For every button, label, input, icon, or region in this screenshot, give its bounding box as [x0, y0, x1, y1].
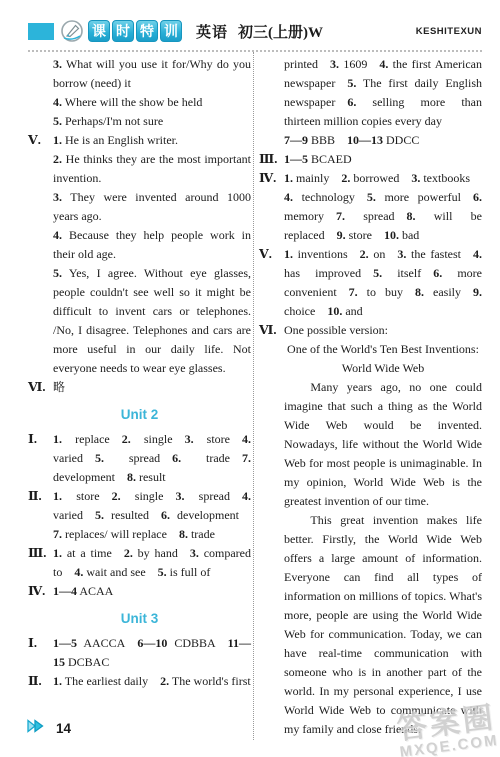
answer-block: 5. Perhaps/I'm not sure: [28, 112, 251, 131]
section-roman-label: [28, 188, 53, 226]
answer-text: 1—5 BCAED: [284, 150, 482, 169]
answer-block: Ⅲ.1—5 BCAED: [259, 150, 482, 169]
section-roman-label: [28, 112, 53, 131]
unit-heading: Unit 2: [28, 405, 251, 424]
answer-block: printed 3. 1609 4. the first American ne…: [259, 55, 482, 131]
answer-block: 5. Yes, I agree. Without eye glasses, pe…: [28, 264, 251, 378]
answer-text: 7—9 BBB 10—13 DDCC: [284, 131, 482, 150]
answer-text: 4. Because they help people work in thei…: [53, 226, 251, 264]
section-roman-label: [28, 226, 53, 264]
answer-text: 1. replace 2. single 3. store 4. varied …: [53, 430, 251, 487]
answer-block: Many years ago, no one could imagine tha…: [259, 378, 482, 511]
answer-text: 1. He is an English writer.: [53, 131, 251, 150]
section-roman-label: Ⅴ.: [259, 245, 284, 321]
page-arrow-icon: [26, 719, 46, 738]
unit-heading: Unit 3: [28, 609, 251, 628]
section-roman-label: [28, 93, 53, 112]
answer-text: 1. store 2. single 3. spread 4. varied 5…: [53, 487, 251, 544]
answer-block: Ⅲ.1. at a time 2. by hand 3. compared to…: [28, 544, 251, 582]
answer-text: 1. at a time 2. by hand 3. compared to 4…: [53, 544, 251, 582]
section-roman-label: Ⅲ.: [28, 544, 53, 582]
answer-block: Ⅳ.1—4 ACAA: [28, 582, 251, 601]
page-number: 14: [56, 721, 71, 736]
answer-block: Ⅵ.略: [28, 378, 251, 397]
brand-char: 训: [160, 20, 182, 42]
section-roman-label: Ⅲ.: [259, 150, 284, 169]
answer-text: 1. mainly 2. borrowed 3. textbooks 4. te…: [284, 169, 482, 245]
logo-pen-icon: [60, 19, 84, 43]
header-accent-square: [28, 23, 54, 40]
section-roman-label: [28, 55, 53, 93]
page-header: 课 时 特 训 英语 初三(上册)W KESHITEXUN: [28, 16, 482, 52]
answer-block: Ⅱ.1. store 2. single 3. spread 4. varied…: [28, 487, 251, 544]
answer-block: Ⅴ.1. inventions 2. on 3. the fastest 4. …: [259, 245, 482, 321]
answer-block: One of the World's Ten Best Inventions:: [259, 340, 482, 359]
answer-block: Ⅳ.1. mainly 2. borrowed 3. textbooks 4. …: [259, 169, 482, 245]
answer-block: Ⅱ.1. The earliest daily 2. The world's f…: [28, 672, 251, 691]
page-footer: 14: [26, 719, 71, 738]
answer-block: 4. Because they help people work in thei…: [28, 226, 251, 264]
brand-romanized: KESHITEXUN: [416, 26, 482, 37]
answer-block: Ⅰ.1. replace 2. single 3. store 4. varie…: [28, 430, 251, 487]
brand-char: 课: [88, 20, 110, 42]
answer-text: 3. They were invented around 1000 years …: [53, 188, 251, 226]
answer-block: 3. They were invented around 1000 years …: [28, 188, 251, 226]
answer-text: 5. Perhaps/I'm not sure: [53, 112, 251, 131]
answer-block: 3. What will you use it for/Why do you b…: [28, 55, 251, 93]
answer-text: 1—4 ACAA: [53, 582, 251, 601]
answer-text: 1—5 AACCA 6—10 CDBBA 11—15 DCBAC: [53, 634, 251, 672]
answer-text: 1. The earliest daily 2. The world's fir…: [53, 672, 251, 691]
column-divider: [253, 52, 254, 740]
section-roman-label: [259, 55, 284, 131]
watermark: 答案圈 MXQE.COM: [394, 692, 500, 757]
answer-text: printed 3. 1609 4. the first American ne…: [284, 55, 482, 131]
section-roman-label: Ⅱ.: [28, 487, 53, 544]
brand-char: 特: [136, 20, 158, 42]
grade-label: 初三(上册)W: [238, 21, 323, 42]
section-roman-label: [259, 131, 284, 150]
answer-text: One possible version:: [284, 321, 482, 340]
answer-text: 2. He thinks they are the most important…: [53, 150, 251, 188]
section-roman-label: Ⅵ.: [28, 378, 53, 397]
answer-text: 略: [53, 378, 251, 397]
section-roman-label: Ⅰ.: [28, 430, 53, 487]
section-roman-label: Ⅱ.: [28, 672, 53, 691]
answer-block: 2. He thinks they are the most important…: [28, 150, 251, 188]
brand-title: 课 时 特 训: [88, 20, 182, 42]
answer-block: 4. Where will the show be held: [28, 93, 251, 112]
answer-text: 5. Yes, I agree. Without eye glasses, pe…: [53, 264, 251, 378]
answer-text: 1. inventions 2. on 3. the fastest 4. ha…: [284, 245, 482, 321]
section-roman-label: Ⅰ.: [28, 634, 53, 672]
subject-label: 英语: [196, 21, 228, 42]
section-roman-label: [28, 150, 53, 188]
brand-char: 时: [112, 20, 134, 42]
answer-key-page: 课 时 特 训 英语 初三(上册)W KESHITEXUN 3. What wi…: [0, 0, 500, 757]
section-roman-label: [28, 264, 53, 378]
left-column: 3. What will you use it for/Why do you b…: [28, 55, 251, 691]
answer-block: Ⅵ.One possible version:: [259, 321, 482, 340]
section-roman-label: Ⅵ.: [259, 321, 284, 340]
answer-text: 4. Where will the show be held: [53, 93, 251, 112]
section-roman-label: Ⅳ.: [259, 169, 284, 245]
section-roman-label: Ⅳ.: [28, 582, 53, 601]
answer-block: Ⅰ.1—5 AACCA 6—10 CDBBA 11—15 DCBAC: [28, 634, 251, 672]
section-roman-label: Ⅴ.: [28, 131, 53, 150]
answer-block: Ⅴ.1. He is an English writer.: [28, 131, 251, 150]
answer-text: 3. What will you use it for/Why do you b…: [53, 55, 251, 93]
answer-block: 7—9 BBB 10—13 DDCC: [259, 131, 482, 150]
answer-block: World Wide Web: [259, 359, 482, 378]
right-column: printed 3. 1609 4. the first American ne…: [259, 55, 482, 739]
